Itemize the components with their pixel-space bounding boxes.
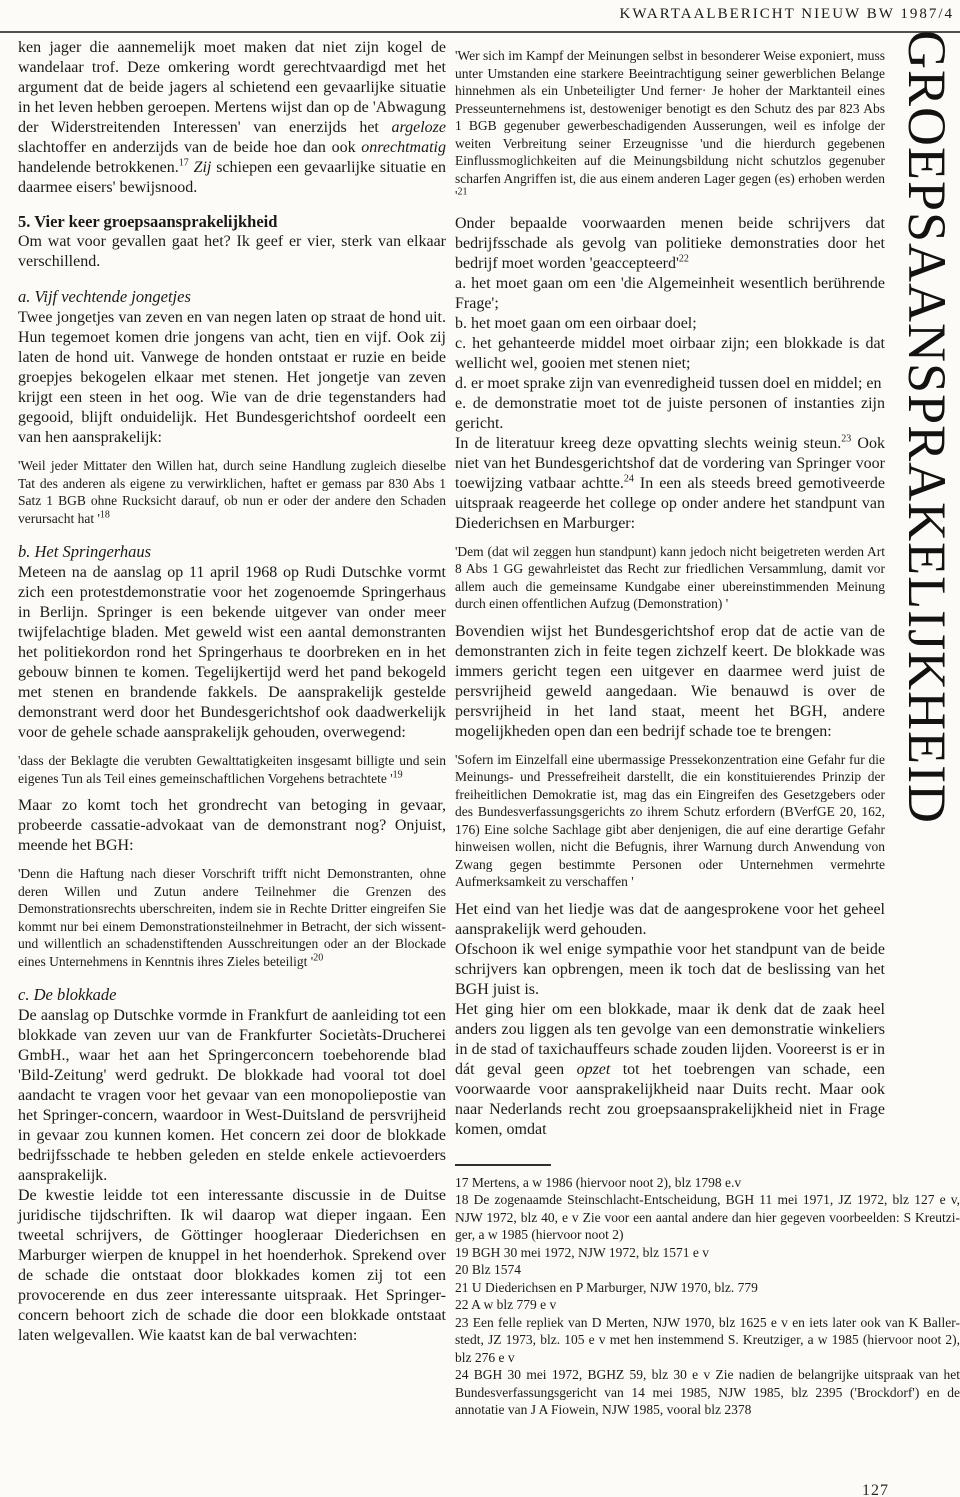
paragraph: d. er moet sprake zijn van evenredigheid… [455, 374, 885, 394]
paragraph: e. de demonstratie moet tot de juiste pe… [455, 394, 885, 434]
paragraph: Het eind van het liedje was dat de aange… [455, 900, 885, 940]
quote-block: 'Sofern im Einzelfall eine ubermassige P… [455, 751, 885, 891]
footnote-item: 17 Mertens, a w 1986 (hiervoor noot 2), … [455, 1174, 960, 1192]
paragraph: Twee jongetjes van zeven en van negen la… [18, 308, 446, 448]
paragraph: a. het moet gaan om een 'die Algemeinhei… [455, 274, 885, 314]
journal-header: KWARTAALBERICHT NIEUW BW 1987/4 [620, 6, 954, 23]
paragraph: b. het moet gaan om een oirbaar doel; [455, 314, 885, 334]
paragraph: Om wat voor gevallen gaat het? Ik geef e… [18, 232, 446, 272]
quote-block: 'Dem (dat wil zeggen hun standpunt) kann… [455, 543, 885, 613]
footnote-item: 18 De zogenaamde Steinschlacht-Entscheid… [455, 1191, 960, 1244]
footnote-item: 22 A w blz 779 e v [455, 1296, 960, 1314]
quote-block: 'dass der Beklagte die verubten Gewaltta… [18, 752, 446, 787]
footnote-item: 23 Een felle repliek van D Merten, NJW 1… [455, 1314, 960, 1367]
journal-page: KWARTAALBERICHT NIEUW BW 1987/4 ken jage… [0, 0, 960, 1497]
paragraph: ken jager die aannemelijk moet maken dat… [18, 38, 446, 198]
quote-block: 'Denn die Haftung nach dieser Vorschrift… [18, 865, 446, 970]
paragraph: Bovendien wijst het Bundesgerichtshof er… [455, 622, 885, 742]
section-heading: 5. Vier keer groepsaansprakelijkheid [18, 212, 446, 232]
footnote-item: 19 BGH 30 mei 1972, NJW 1972, blz 1571 e… [455, 1244, 960, 1262]
footnote-item: 24 BGH 30 mei 1972, BGHZ 59, blz 30 e v … [455, 1366, 960, 1419]
page-number: 127 [862, 1482, 889, 1497]
vertical-section-title: GROEPSAANSPRAKELIJKHEID [896, 30, 958, 970]
case-subheading: b. Het Springerhaus [18, 542, 446, 562]
quote-block: 'Weil jeder Mittater den Willen hat, dur… [18, 457, 446, 527]
paragraph: De aanslag op Dutschke vormde in Frankfu… [18, 1006, 446, 1186]
paragraph: Onder bepaalde voorwaarden menen beide s… [455, 214, 885, 274]
paragraph: De kwestie leidde tot een interessante d… [18, 1186, 446, 1346]
paragraph: Het ging hier om een blokkade, maar ik d… [455, 1000, 885, 1140]
right-column-body: 'Wer sich im Kampf der Meinungen selbst … [455, 47, 885, 1140]
case-subheading: a. Vijf vechtende jongetjes [18, 287, 446, 307]
left-column: ken jager die aannemelijk moet maken dat… [18, 38, 446, 1346]
footnotes: 17 Mertens, a w 1986 (hiervoor noot 2), … [455, 1174, 960, 1419]
footnote-item: 21 U Diederichsen en P Marburger, NJW 19… [455, 1279, 960, 1297]
paragraph: Ofschoon ik wel enige sympathie voor het… [455, 940, 885, 1000]
right-column: 'Wer sich im Kampf der Meinungen selbst … [455, 38, 885, 1419]
footnote-item: 20 Blz 1574 [455, 1261, 960, 1279]
case-subheading: c. De blokkade [18, 985, 446, 1005]
paragraph: Maar zo komt toch het grondrecht van bet… [18, 796, 446, 856]
paragraph: c. het gehanteerde middel moet oirbaar z… [455, 334, 885, 374]
paragraph: Meteen na de aanslag op 11 april 1968 op… [18, 563, 446, 743]
quote-block: 'Wer sich im Kampf der Meinungen selbst … [455, 47, 885, 205]
footnote-separator [455, 1164, 551, 1166]
header-rule [0, 31, 960, 33]
paragraph: In de literatuur kreeg deze opvatting sl… [455, 434, 885, 534]
journal-title: KWARTAALBERICHT NIEUW BW 1987/4 [620, 6, 954, 22]
